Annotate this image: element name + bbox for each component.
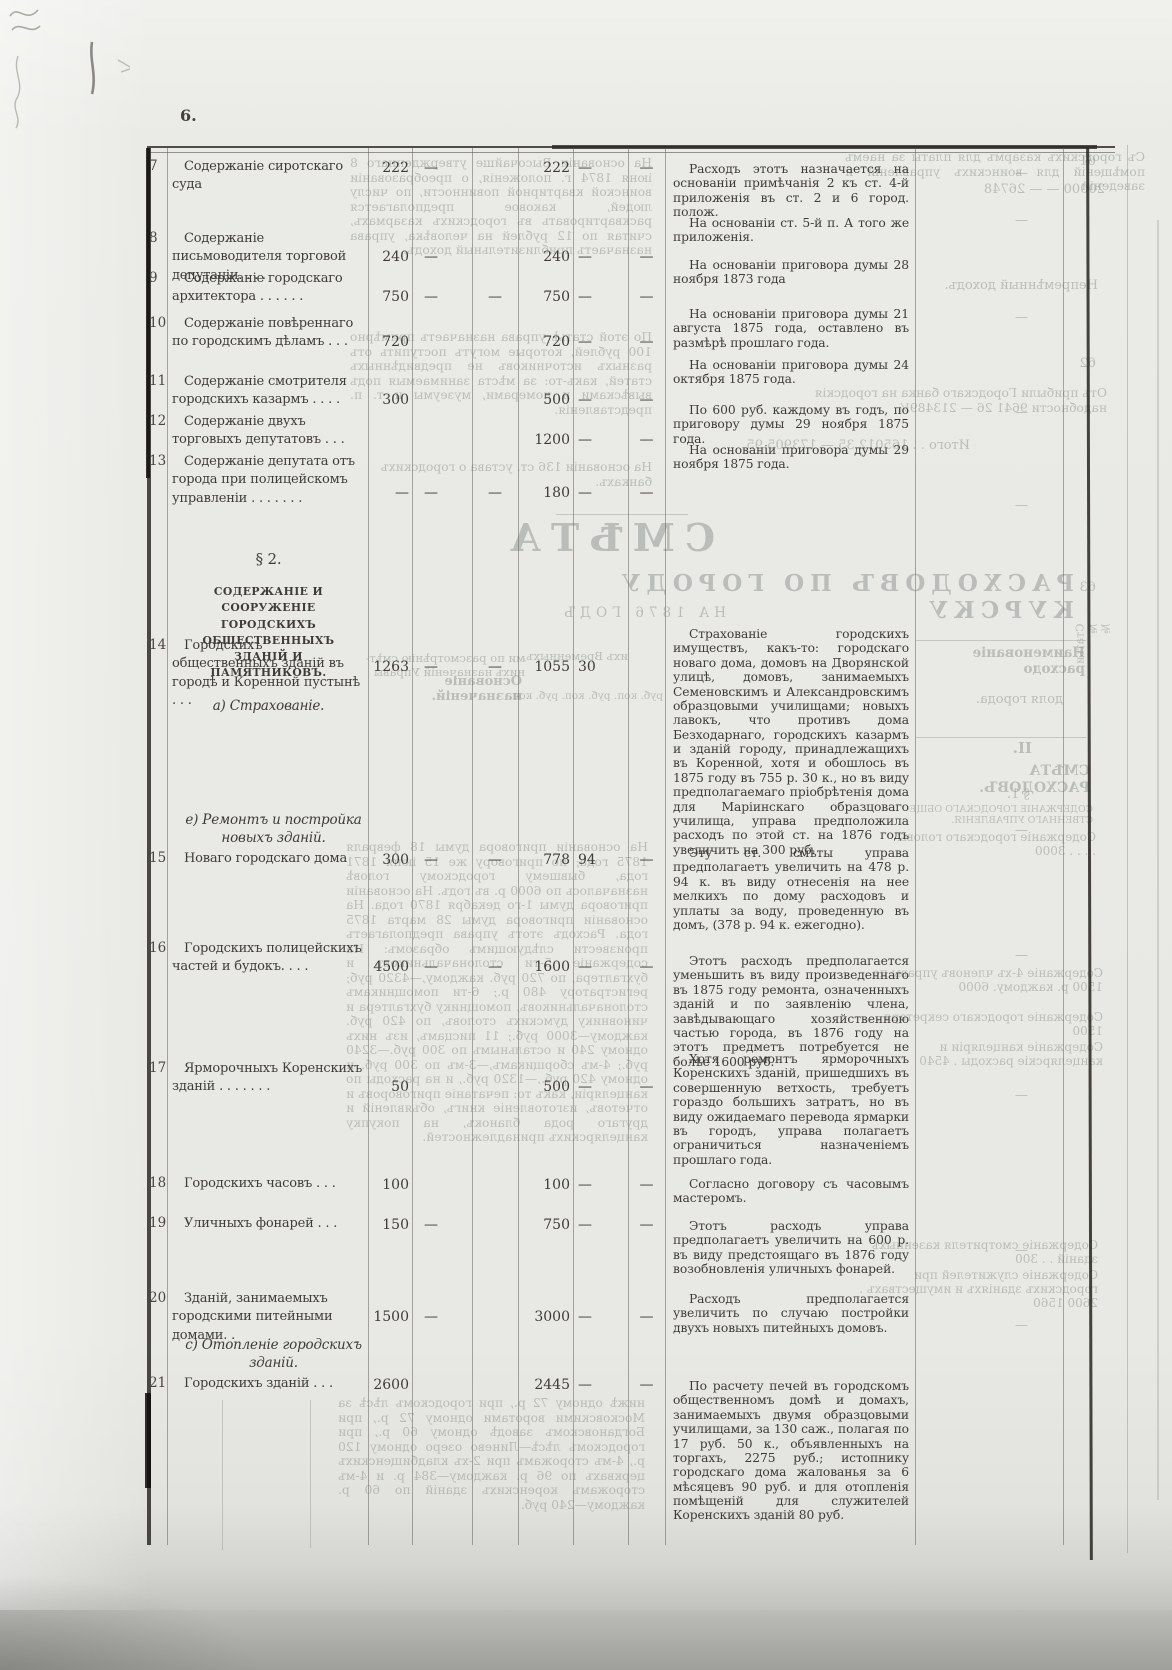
expense-name: Содержаніе городскаго архитектора . . . … <box>167 270 368 315</box>
amount-cell <box>412 1375 472 1545</box>
amount-cell <box>472 1175 518 1215</box>
amount-cell: — <box>472 637 518 857</box>
row-number: 13 <box>147 453 167 523</box>
amount-cell <box>472 1215 518 1290</box>
expense-name: Содержаніе смотрителя городскихъ казармъ… <box>167 373 368 413</box>
table-row: 9Содержаніе городскаго архитектора . . .… <box>147 270 1115 315</box>
amount-cell <box>472 413 518 453</box>
right-column-cell <box>1065 940 1115 1069</box>
row-number <box>147 805 167 850</box>
row-number: 12 <box>147 413 167 453</box>
amount-cell: 150 <box>368 1215 412 1290</box>
table-row: 21Городскихъ зданій . . .26002445——По ра… <box>147 1375 1115 1545</box>
right-column-cell <box>1065 453 1115 523</box>
amount-cell: — <box>472 453 518 523</box>
bleed-gap-cell <box>915 453 1065 523</box>
expense-name: Ярморочныхъ Коренскихъ зданій . . . . . … <box>167 1060 368 1175</box>
amount-cell: 750 <box>518 1215 573 1290</box>
amount-cell: — <box>628 1375 665 1545</box>
amount-cell: — <box>472 270 518 315</box>
scanned-document-page: СМѢТАРАСХОДОВЪ ПО ГОРОДУ КУРСКУНА 1876 Г… <box>0 0 1172 1670</box>
expense-name: Новаго городскаго дома <box>167 850 368 940</box>
amount-cell: — <box>573 1215 628 1290</box>
right-column-cell <box>1065 158 1115 230</box>
subsection-heading: с) Отопленіе городскихъ зданій. <box>167 1330 368 1375</box>
subsection-heading: е) Ремонтъ и постройка новыхъ зданій. <box>167 805 368 850</box>
amount-cell: 222 <box>518 158 573 230</box>
amount-cell: 500 <box>518 1060 573 1175</box>
table-row: 10Содержаніе повѣреннаго по городскимъ д… <box>147 315 1115 373</box>
note-cell: По расчету печей въ городскомъ обществен… <box>665 1379 915 1545</box>
bleed-gap-cell <box>915 1060 1065 1175</box>
right-column-cell <box>1065 270 1115 315</box>
table-rows: 7Содержаніе сиротскаго суда222—222——Расх… <box>147 148 1115 1545</box>
amount-cell <box>472 315 518 373</box>
expense-name: Городскихъ полицейскихъ частей и будокъ.… <box>167 940 368 1069</box>
right-column-cell <box>1065 1175 1115 1215</box>
amount-cell <box>472 373 518 413</box>
expense-name: Содержаніе двухъ торговыхъ депутатовъ . … <box>167 413 368 453</box>
right-column-cell <box>1065 413 1115 453</box>
row-number: 10 <box>147 315 167 373</box>
amount-cell <box>412 1175 472 1215</box>
amount-cell: — <box>573 158 628 230</box>
amount-cell <box>412 315 472 373</box>
table-row: 20Зданій, занимаемыхъ городскими питейны… <box>147 1290 1115 1330</box>
amount-cell: — <box>573 413 628 453</box>
amount-cell: 100 <box>368 1175 412 1215</box>
bleed-gap-cell <box>915 413 1065 453</box>
bleed-gap-cell <box>915 1290 1065 1345</box>
amount-cell: — <box>628 1175 665 1215</box>
amount-cell: — <box>628 1060 665 1175</box>
amount-cell <box>412 373 472 413</box>
amount-cell: — <box>573 1175 628 1215</box>
amount-cell: — <box>472 850 518 940</box>
amount-cell: — <box>412 453 472 523</box>
expense-name: Городскихъ зданій . . . <box>167 1375 368 1545</box>
amount-cell: — <box>573 270 628 315</box>
table-row: 17Ярморочныхъ Коренскихъ зданій . . . . … <box>147 1060 1115 1175</box>
amount-cell: — <box>628 1290 665 1345</box>
right-column-cell <box>1065 315 1115 373</box>
amount-cell <box>472 1060 518 1175</box>
bleed-gap-cell <box>915 270 1065 315</box>
table-row: 19Уличныхъ фонарей . . .150—750——Этотъ р… <box>147 1215 1115 1290</box>
amount-cell: 300 <box>368 373 412 413</box>
page-edge-line <box>1127 145 1128 1553</box>
bleed-gap-cell <box>915 1375 1065 1545</box>
row-number: 7 <box>147 158 167 230</box>
bleed-gap-cell <box>915 1175 1065 1215</box>
bleed-gap-cell <box>915 158 1065 230</box>
right-column-cell <box>1065 1060 1115 1175</box>
amount-cell: 778 <box>518 850 573 940</box>
table-row: § 2.СОДЕРЖАНІЕ И СООРУЖЕНІЕ ГОРОДСКИХЪ О… <box>147 523 1115 637</box>
table-row: 14Городскихъ общественныхъ зданій въ гор… <box>147 637 1115 805</box>
amount-cell: 30 <box>573 637 628 857</box>
table-row: 18Городскихъ часовъ . . .100100——Согласн… <box>147 1175 1115 1215</box>
right-column-cell <box>1065 373 1115 413</box>
bleed-gap-cell <box>915 373 1065 413</box>
amount-cell: 750 <box>518 270 573 315</box>
amount-cell: — <box>412 1290 472 1345</box>
amount-cell: 4500 <box>368 940 412 1069</box>
section-paragraph-number: § 2. <box>172 523 365 584</box>
table-row: 7Содержаніе сиротскаго суда222—222——Расх… <box>147 148 1115 230</box>
row-number: 18 <box>147 1175 167 1215</box>
right-column-cell <box>1065 1375 1115 1545</box>
amount-cell: 500 <box>518 373 573 413</box>
page-left-light <box>0 0 150 1670</box>
note-cell: Страхованіе городскихъ имуществъ, какъ-т… <box>665 627 915 857</box>
note-cell: Эту ст. смѣты управа предполагаетъ увели… <box>665 846 915 940</box>
right-column-cell <box>1065 850 1115 940</box>
amount-cell: — <box>412 1215 472 1290</box>
amount-cell: — <box>628 850 665 940</box>
bleed-gap-cell <box>915 1215 1065 1290</box>
amount-cell <box>368 413 412 453</box>
note-cell: На основаніи приговора думы 29 ноября 18… <box>665 443 915 523</box>
amount-cell <box>412 1060 472 1175</box>
bleed-gap-cell <box>915 637 1065 857</box>
amount-cell: — <box>628 315 665 373</box>
amount-cell: — <box>412 850 472 940</box>
amount-cell: 222 <box>368 158 412 230</box>
bleed-gap-cell <box>915 850 1065 940</box>
row-number: 11 <box>147 373 167 413</box>
table-row: 11Содержаніе смотрителя городскихъ казар… <box>147 373 1115 413</box>
amount-cell: — <box>628 1215 665 1290</box>
expense-name: Городскихъ часовъ . . . <box>167 1175 368 1215</box>
table-row: 13Содержаніе депутата отъ города при пол… <box>147 453 1115 523</box>
right-column-cell <box>1065 637 1115 857</box>
amount-cell <box>412 413 472 453</box>
amount-cell <box>472 1290 518 1345</box>
row-number: 15 <box>147 850 167 940</box>
expense-name: Содержаніе депутата отъ города при полиц… <box>167 453 368 523</box>
scan-corner-shadow <box>0 1575 260 1670</box>
amount-cell: — <box>412 270 472 315</box>
note-cell: Расходъ предполагается увеличить по случ… <box>665 1292 915 1345</box>
row-number: 16 <box>147 940 167 1069</box>
budget-table: 7Содержаніе сиротскаго суда222—222——Расх… <box>147 148 1115 1545</box>
amount-cell: 50 <box>368 1060 412 1175</box>
row-number: 9 <box>147 270 167 315</box>
amount-cell: — <box>368 453 412 523</box>
bleed-gap-cell <box>915 315 1065 373</box>
amount-cell <box>472 1375 518 1545</box>
right-column-cell <box>1065 1290 1115 1345</box>
amount-cell: 94 <box>573 850 628 940</box>
amount-cell: 2600 <box>368 1375 412 1545</box>
page-edge-line2 <box>1157 220 1159 1500</box>
table-row: 15Новаго городскаго дома300——77894—Эту с… <box>147 850 1115 940</box>
amount-cell: 1055 <box>518 637 573 857</box>
amount-cell: 720 <box>368 315 412 373</box>
amount-cell: — <box>573 1060 628 1175</box>
amount-cell: — <box>573 315 628 373</box>
amount-cell: — <box>628 373 665 413</box>
row-number: 21 <box>147 1375 167 1545</box>
pencil-marks <box>0 0 210 150</box>
amount-cell: 1263 <box>368 637 412 857</box>
amount-cell <box>628 637 665 857</box>
note-cell: Хотя ремонтъ ярморочныхъ Коренскихъ здан… <box>665 1052 915 1175</box>
table-row: 16Городскихъ полицейскихъ частей и будок… <box>147 940 1115 1060</box>
note-cell: Согласно договору съ часовымъ мастеромъ. <box>665 1177 915 1215</box>
amount-cell: — <box>573 940 628 1069</box>
amount-cell: — <box>412 158 472 230</box>
amount-cell: 2445 <box>518 1375 573 1545</box>
row-number: 17 <box>147 1060 167 1175</box>
amount-cell: — <box>628 413 665 453</box>
expense-name: Уличныхъ фонарей . . . <box>167 1215 368 1290</box>
amount-cell: — <box>573 1375 628 1545</box>
amount-cell: 3000 <box>518 1290 573 1345</box>
row-number: 19 <box>147 1215 167 1290</box>
amount-cell: — <box>573 453 628 523</box>
amount-cell: 300 <box>368 850 412 940</box>
amount-cell: 720 <box>518 315 573 373</box>
amount-cell: 1600 <box>518 940 573 1069</box>
amount-cell: — <box>412 637 472 857</box>
amount-cell: — <box>628 158 665 230</box>
expense-name: Содержаніе сиротскаго суда <box>167 158 368 230</box>
amount-cell: — <box>628 453 665 523</box>
amount-cell: — <box>628 940 665 1069</box>
table-row: 12Содержаніе двухъ торговыхъ депутатовъ … <box>147 413 1115 453</box>
amount-cell: — <box>412 940 472 1069</box>
amount-cell: — <box>573 1290 628 1345</box>
amount-cell: 750 <box>368 270 412 315</box>
table-row: 8Содержаніе письмоводителя торговой депу… <box>147 230 1115 270</box>
amount-cell: — <box>573 373 628 413</box>
amount-cell: 1200 <box>518 413 573 453</box>
amount-cell: — <box>628 270 665 315</box>
amount-cell: 1500 <box>368 1290 412 1345</box>
amount-cell: 180 <box>518 453 573 523</box>
bleed-gap-cell <box>915 940 1065 1069</box>
expense-name: Содержаніе повѣреннаго по городскимъ дѣл… <box>167 315 368 373</box>
amount-cell: — <box>472 940 518 1069</box>
row-number <box>147 1330 167 1375</box>
note-cell: Этотъ расходъ управа предполагаетъ увели… <box>665 1219 915 1290</box>
amount-cell <box>472 158 518 230</box>
right-column-cell <box>1065 1215 1115 1290</box>
amount-cell: 100 <box>518 1175 573 1215</box>
